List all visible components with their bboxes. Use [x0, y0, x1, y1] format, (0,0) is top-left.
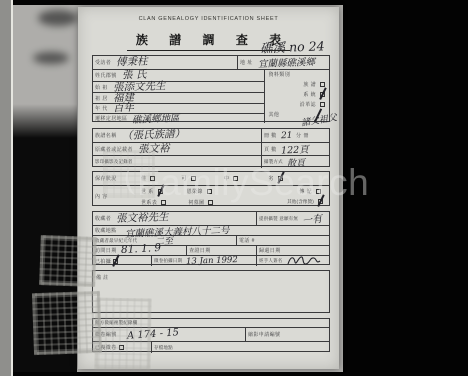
address-row: 地 址 宜蘭縣礁溪鄉: [237, 56, 329, 69]
verify-date-row: 查證日期: [186, 246, 256, 255]
film-date-row: 微卷拍攝日期 13 Jan 1992: [151, 256, 256, 266]
checkbox: [320, 92, 325, 97]
volumes-row: 冊 數 21 分 冊: [261, 129, 329, 142]
field-label: 縮影申請編號: [248, 331, 280, 338]
field-value: 81. 1. 9: [120, 241, 161, 255]
field-label: 已拍攝: [95, 258, 111, 265]
field-label: 年 代: [95, 105, 108, 112]
field-label: 電話 #: [239, 237, 255, 244]
field-label: 歸還日期: [259, 247, 281, 254]
interviewee-label: 受訪者: [95, 59, 111, 66]
field-value: 礁溪鄉地區: [132, 110, 180, 126]
field-label: 姓氏郡號: [95, 72, 117, 79]
basic-info-table: 受訪者 傅秉柱 地 址 宜蘭縣礁溪鄉 姓氏郡號 張 氏 始 祖 張添文先生: [92, 55, 330, 122]
visit-date-row: 訪問日期 81. 1. 9: [93, 246, 186, 255]
field-label: 經手人簽名: [259, 258, 283, 263]
checkbox: [320, 102, 325, 107]
place-row: 收藏地點 宜蘭礁溪大義村八十二号: [93, 226, 329, 235]
field-label: 頁 數: [264, 146, 277, 153]
field-value: 一有: [301, 210, 323, 228]
field-value: 13 Jan 1992: [186, 255, 238, 267]
category-other: 其他 諸父祖父: [269, 109, 326, 119]
willing-row: 提供攝製 意願有無 一有: [256, 212, 329, 225]
field-value: 百年: [112, 100, 134, 116]
check-mark: [112, 254, 119, 266]
scan-smudge: [33, 52, 69, 64]
field-value: 宜蘭礁溪大義村八十二号: [124, 222, 229, 240]
field-label: 提供攝製 意願有無: [259, 216, 298, 221]
field-label: 族譜名稱: [95, 132, 117, 139]
category-title: 資料類別: [269, 71, 326, 79]
holder-row: 收藏者 張文裕先生: [93, 212, 256, 225]
field-value: 122頁: [280, 142, 308, 157]
remarks-label: 備 註: [96, 274, 109, 281]
category-option: 沿革誌: [269, 99, 326, 109]
request-number-row: 縮影申請編號: [245, 328, 329, 341]
era-row: 收藏者最早紀元年代 二至: [93, 236, 236, 245]
seal-stamp: [32, 291, 102, 355]
scanned-photo: CLAN GENEALOGY IDENTIFICATION SHEET 族 譜 …: [0, 0, 468, 376]
field-label: 微卷拍攝日期: [154, 258, 182, 263]
signature-scribble: [286, 254, 322, 268]
field-label: 冊 數: [264, 132, 277, 139]
field-label: 收藏者: [95, 215, 111, 222]
check-mark: [319, 87, 326, 99]
scan-smudge: [38, 10, 78, 26]
photo-left-margin: [0, 0, 11, 376]
watermark-text: FamilySearch: [137, 162, 369, 203]
location-row: 存檔地點: [151, 342, 329, 353]
english-title: CLAN GENEALOGY IDENTIFICATION SHEET: [78, 16, 339, 22]
category-other-label: 其他: [269, 111, 280, 118]
field-label: 始 祖: [95, 84, 108, 91]
address-label: 地 址: [240, 59, 253, 66]
seal-stamp: [39, 235, 97, 287]
category-option-label: 族 譜: [303, 81, 316, 88]
field-label: 遷移定居地區: [95, 115, 127, 122]
category-option: 系 統: [269, 89, 326, 99]
field-label: 查證日期: [189, 247, 211, 254]
category-option-label: 系 統: [303, 91, 316, 98]
signer-row: 經手人簽名: [256, 256, 329, 266]
category-option-label: 沿革誌: [300, 101, 316, 108]
checkbox: [113, 259, 118, 264]
field-suffix: 分 冊: [296, 132, 309, 139]
field-label: 訪問日期: [95, 247, 117, 254]
interviewee-row: 受訪者 傅秉柱: [93, 56, 237, 69]
field-label: 收藏地點: [95, 227, 117, 234]
phone-row: 電話 #: [236, 236, 329, 245]
watermark: FamilySearch: [126, 162, 369, 204]
field-label: 祖 居: [95, 95, 108, 102]
pages-row: 頁 數 122頁: [261, 143, 329, 155]
category-option: 族 譜: [269, 79, 326, 89]
book-name-row: 族譜名稱 （張氏族譜）: [93, 129, 261, 142]
checkbox: [320, 82, 325, 87]
address-value: 宜蘭縣礁溪鄉: [257, 54, 314, 70]
field-value: 張文裕先生: [116, 209, 169, 226]
category-box: 資料類別 族 譜 系 統 沿革誌 其他 諸父祖父: [264, 70, 330, 123]
seal-stamp: [94, 298, 151, 371]
field-label: 存檔地點: [154, 345, 173, 350]
field-value: 21: [280, 130, 292, 140]
filmed-row: 已拍攝: [93, 256, 151, 266]
collection-table: 收藏者 張文裕先生 提供攝製 意願有無 一有 收藏地點 宜蘭礁溪大義村八十二号 …: [92, 211, 330, 265]
